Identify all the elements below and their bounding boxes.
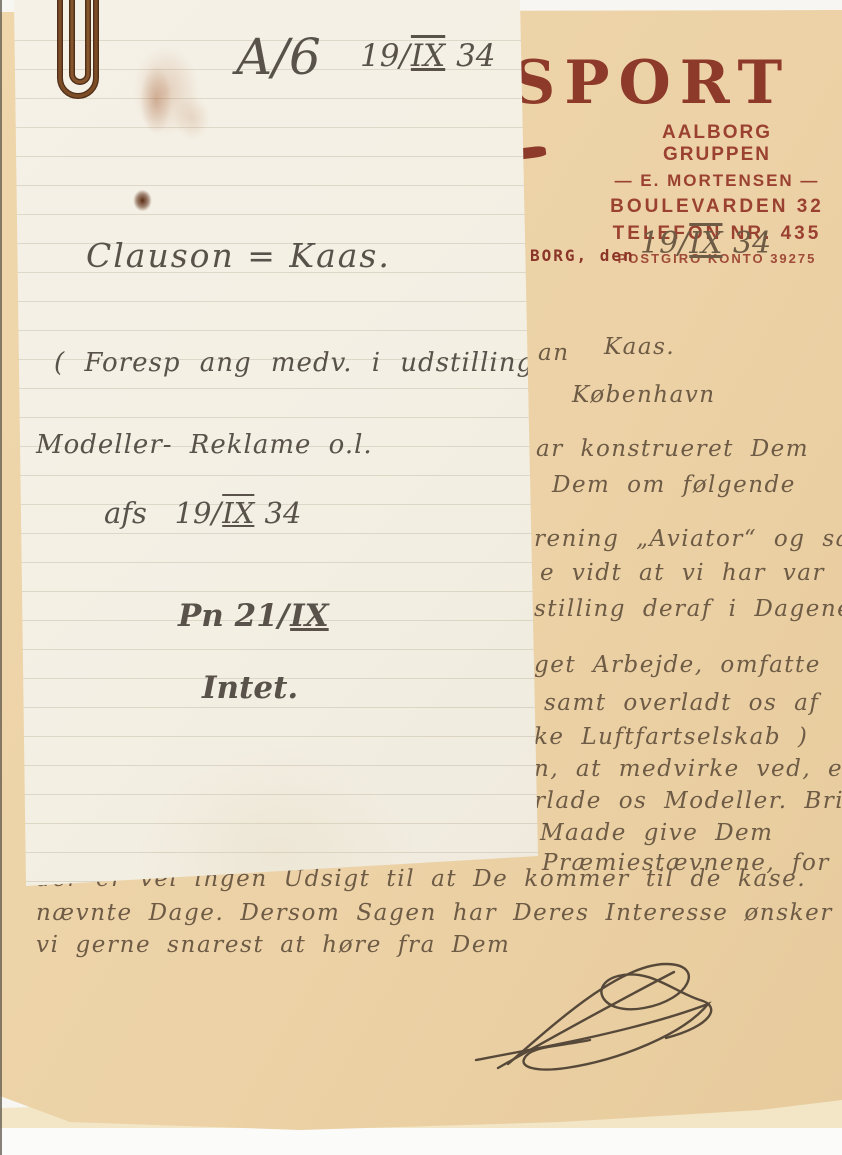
note-subject-line: ( Foresp ang medv. i udstilling (54, 348, 534, 378)
paperclip-icon (46, 0, 116, 114)
scanned-document: SPORT AALBORG GRUPPEN — E. MORTENSEN — B… (0, 0, 842, 1155)
letter-line-fragment: ar konstrueret Dem (536, 436, 809, 462)
letterhead-logo: SPORT (512, 48, 791, 118)
letter-line-fragment: ke Luftfartselskab ) (534, 724, 808, 750)
note-header-date: 19/IX 34 (360, 38, 496, 74)
reminder-date: Pn 21/ (178, 598, 289, 634)
date-year: 34 (446, 38, 495, 74)
date-day: 19/ (640, 226, 688, 261)
sent-label: afs (104, 496, 147, 530)
letter-closing-line: nævnte Dage. Dersom Sagen har Deres Inte… (36, 900, 833, 926)
note-name-line: Clauson = Kaas. (86, 236, 391, 275)
letterhead-group: AALBORG GRUPPEN (609, 122, 825, 166)
letter-line-fragment: an (538, 340, 570, 366)
date-year: 34 (255, 496, 301, 530)
letterhead-owner: — E. MORTENSEN — (609, 171, 825, 191)
letter-line-fragment: Kaas. (604, 334, 675, 360)
handwritten-date: 19/IX 34 (640, 226, 771, 261)
date-month: IX (289, 598, 330, 634)
note-header-initial: A/6 (236, 28, 321, 86)
letter-closing-line: vi gerne snarest at høre fra Dem (36, 932, 510, 958)
note-sheet: A/6 19/IX 34 Clauson = Kaas. ( Foresp an… (14, 0, 540, 888)
ink-blot (130, 186, 155, 215)
letter-line-fragment: rlade os Modeller. Brinder (534, 788, 842, 814)
letterhead-street: BOULEVARDEN 32 (609, 196, 825, 218)
letter-line-fragment: Maade give Dem (540, 820, 773, 846)
letter-line-fragment: København (572, 382, 716, 408)
letter-line-fragment: e vidt at vi har var (540, 560, 825, 586)
note-reminder-line: Pn 21/IX (178, 598, 330, 634)
rust-stain (166, 86, 218, 150)
signature-flourish (468, 942, 748, 1077)
date-month: IX (688, 226, 723, 261)
letter-line-fragment: n, at medvirke ved, en (534, 756, 842, 782)
letter-line-fragment: samt overladt os af (544, 690, 819, 716)
date-day: 19/ (175, 496, 222, 530)
note-result-line: Intet. (202, 670, 298, 706)
note-subject-line: Modeller- Reklame o.l. (36, 430, 373, 460)
note-sent-line: afs 19/IX 34 (104, 496, 301, 530)
letter-line-fragment: Dem om følgende (552, 472, 796, 498)
printed-date-label: BORG, den (530, 246, 635, 265)
scan-edge (0, 0, 2, 1155)
date-year: 34 (724, 226, 772, 261)
date-day: 19/ (360, 38, 410, 74)
date-month: IX (221, 496, 255, 530)
date-month: IX (410, 38, 446, 74)
letter-line-fragment: stilling deraf i Dagene (534, 596, 842, 622)
letter-line-fragment: rening „Aviator“ og sam (534, 526, 842, 552)
scanner-background (0, 1128, 842, 1155)
letter-line-fragment: get Arbejde, omfatte (534, 652, 821, 678)
